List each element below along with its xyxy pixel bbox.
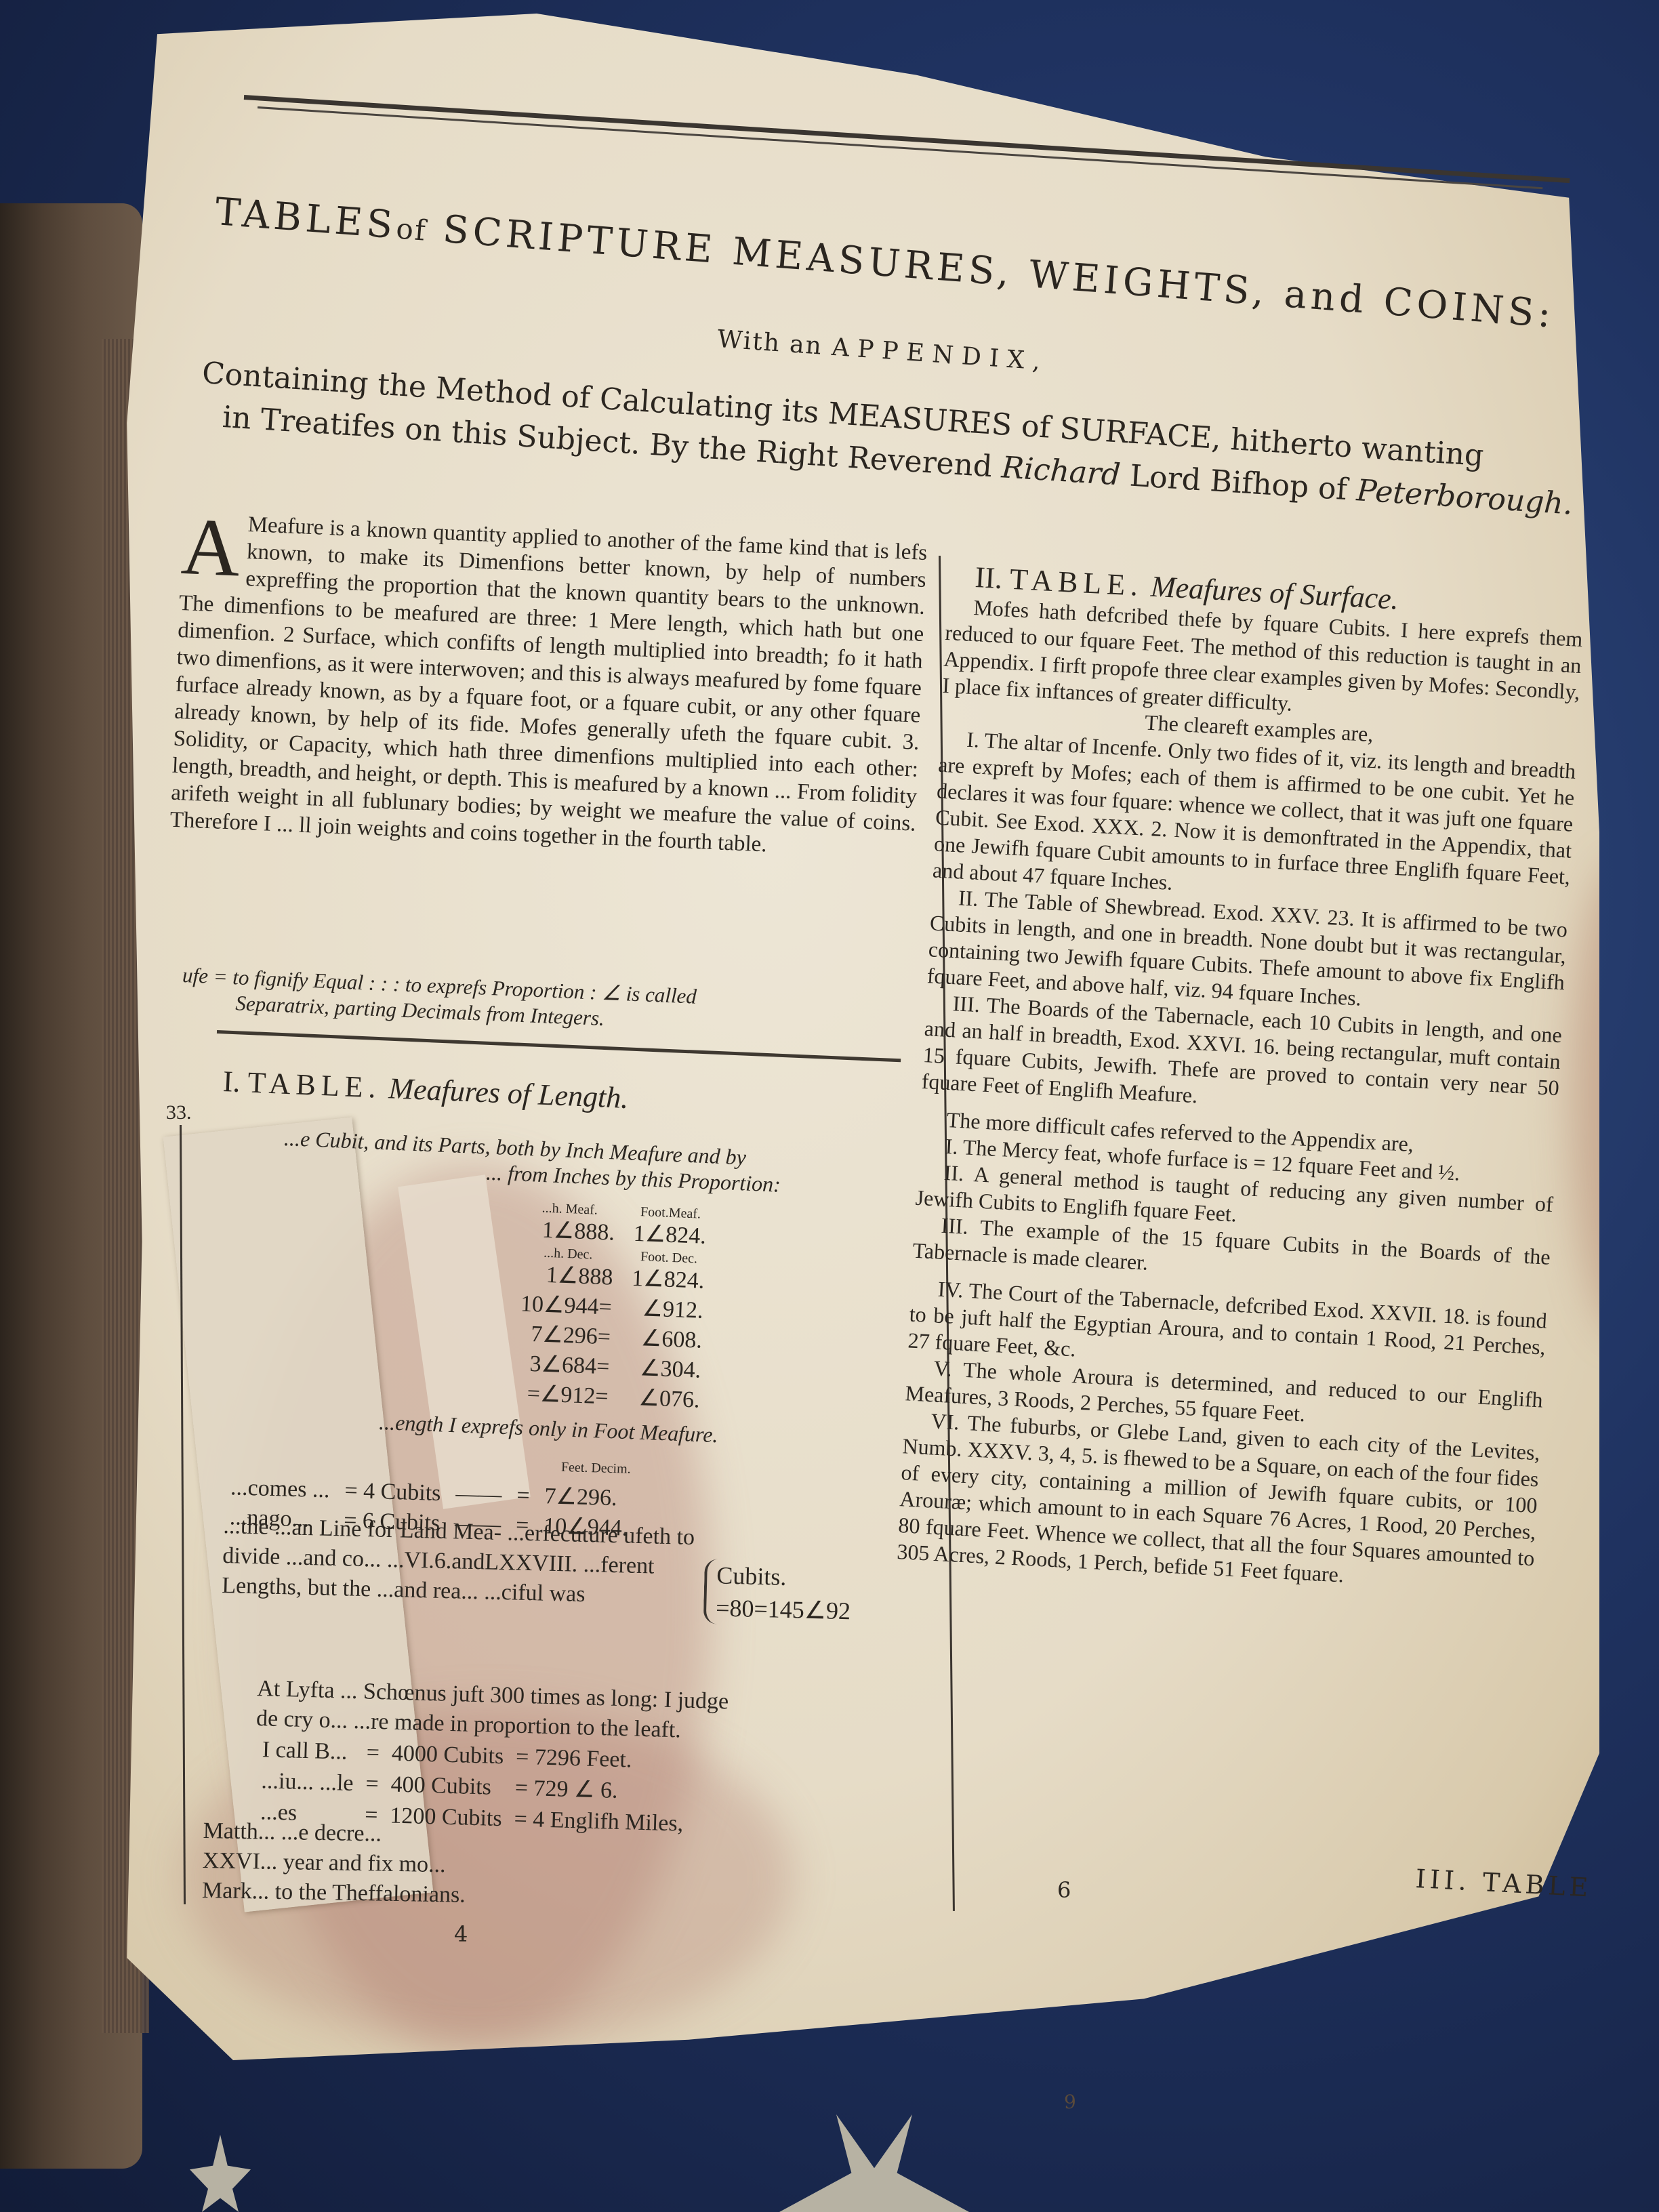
header-rule-thin [258, 106, 1542, 189]
cubit-conversion-table: ...h. Meaf. Foot.Meaf. 1∠888. 1∠824. ...… [507, 1200, 716, 1416]
difficult-case: VI. The fuburbs, or Glebe Land, given to… [896, 1406, 1540, 1598]
page-number-left: 4 [454, 1921, 468, 1947]
intro-paragraph: A Meafure is a known quantity applied to… [169, 508, 928, 865]
handwritten-mark: 9 [1064, 2091, 1076, 2113]
drop-cap: A [180, 512, 242, 583]
land-measure-text: ...the ...an Line for Land Mea- ...erfec… [222, 1511, 712, 1613]
foot-measure-note: ...ength I exprefs only in Foot Meafure. [379, 1410, 719, 1448]
table2-section: II. TABLE. Meafures of Surface. Mofes ha… [896, 562, 1584, 1598]
margin-mark: 33. [166, 1101, 192, 1124]
page-number-right: 6 [1057, 1877, 1071, 1903]
table1-heading: I. TABLE. Meafures of Length. [222, 1064, 630, 1115]
header-rule [244, 95, 1570, 183]
appendix-line: With an APPENDIX, [716, 325, 1049, 376]
brace-result: Cubits. =80=145∠92 [703, 1559, 852, 1627]
symbol-legend: ufe = to fignify Equal : : : to exprefs … [181, 962, 928, 1045]
torn-text-fragments: Matth... ...e decre... XXVI... year and … [202, 1816, 467, 1910]
catchword: III. TABLE [1415, 1864, 1593, 1903]
table1-intro: ...e Cubit, and its Parts, both by Inch … [283, 1125, 782, 1197]
schoenus-section: At Lyfta ... Schœnus juft 300 times as l… [253, 1674, 729, 1841]
page-title: TABLESof SCRIPTURE MEASURES, WEIGHTS, an… [213, 190, 1557, 337]
column-border [180, 1125, 186, 1904]
page-content: TABLESof SCRIPTURE MEASURES, WEIGHTS, an… [0, 0, 1659, 2212]
